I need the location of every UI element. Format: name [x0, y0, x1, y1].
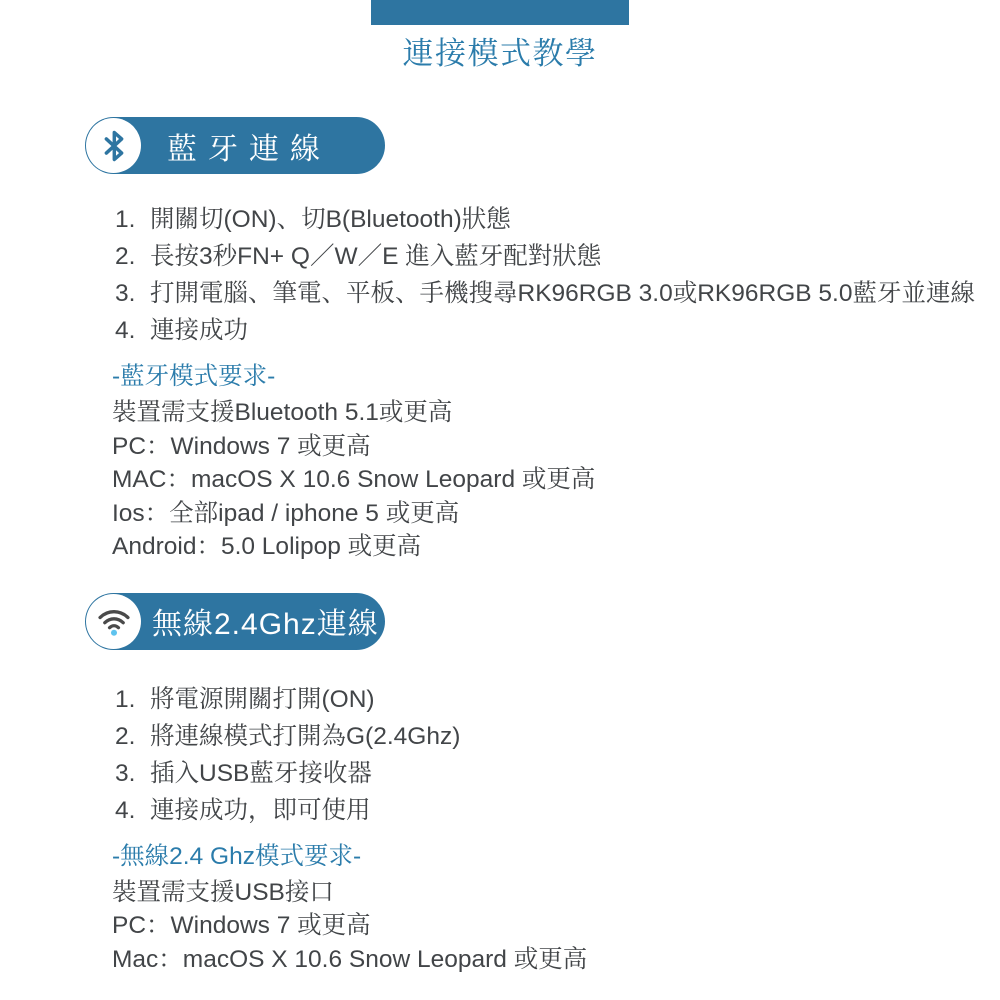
- step-number: 1.: [115, 681, 150, 718]
- step-text: 插入USB藍牙接收器: [150, 755, 372, 792]
- step-text: 連接成功: [150, 312, 248, 349]
- requirements-heading: -藍牙模式要求-: [112, 361, 1000, 393]
- requirements-heading: -無線2.4 Ghz模式要求-: [112, 841, 1000, 873]
- requirement-line: Mac：macOS X 10.6 Snow Leopard 或更高: [112, 943, 1000, 977]
- step-number: 3.: [115, 275, 150, 312]
- bluetooth-steps: 1. 開關切(ON)、切B(Bluetooth)狀態 2. 長按3秒FN+ Q／…: [115, 201, 1000, 349]
- step-number: 4.: [115, 312, 150, 349]
- step-item: 4. 連接成功，即可使用: [115, 792, 1000, 829]
- step-number: 4.: [115, 792, 150, 829]
- page-title: 連接模式教學: [0, 34, 1000, 74]
- step-text: 長按3秒FN+ Q／W／E 進入藍牙配對狀態: [150, 238, 601, 275]
- wifi-icon: [86, 594, 141, 649]
- section-wireless-2-4ghz: 無線2.4Ghz連線 1. 將電源開關打開(ON) 2. 將連線模式打開為G(2…: [0, 593, 1000, 977]
- step-item: 2. 將連線模式打開為G(2.4Ghz): [115, 718, 1000, 755]
- step-number: 2.: [115, 238, 150, 275]
- step-text: 將電源開關打開(ON): [150, 681, 375, 718]
- step-text: 打開電腦、筆電、平板、手機搜尋RK96RGB 3.0或RK96RGB 5.0藍牙…: [150, 275, 975, 312]
- step-number: 2.: [115, 718, 150, 755]
- step-text: 開關切(ON)、切B(Bluetooth)狀態: [150, 201, 511, 238]
- step-item: 2. 長按3秒FN+ Q／W／E 進入藍牙配對狀態: [115, 238, 1000, 275]
- wireless-steps: 1. 將電源開關打開(ON) 2. 將連線模式打開為G(2.4Ghz) 3. 插…: [115, 681, 1000, 829]
- requirement-line: MAC：macOS X 10.6 Snow Leopard 或更高: [112, 463, 1000, 497]
- step-text: 連接成功，即可使用: [150, 792, 371, 829]
- bluetooth-icon: [86, 118, 141, 173]
- section-bluetooth: 藍牙連線 1. 開關切(ON)、切B(Bluetooth)狀態 2. 長按3秒F…: [0, 117, 1000, 564]
- requirement-line: PC：Windows 7 或更高: [112, 430, 1000, 464]
- step-number: 3.: [115, 755, 150, 792]
- header-bar: [371, 0, 629, 25]
- step-number: 1.: [115, 201, 150, 238]
- requirement-line: Ios：全部ipad / iphone 5 或更高: [112, 497, 1000, 531]
- step-item: 1. 將電源開關打開(ON): [115, 681, 1000, 718]
- step-item: 3. 打開電腦、筆電、平板、手機搜尋RK96RGB 3.0或RK96RGB 5.…: [115, 275, 1000, 312]
- requirement-line: PC：Windows 7 或更高: [112, 909, 1000, 943]
- requirement-line: 裝置需支援Bluetooth 5.1或更高: [112, 396, 1000, 430]
- requirement-line: 裝置需支援USB接口: [112, 876, 1000, 910]
- step-item: 3. 插入USB藍牙接收器: [115, 755, 1000, 792]
- requirement-line: Android：5.0 Lolipop 或更高: [112, 530, 1000, 564]
- badge-label: 無線2.4Ghz連線: [152, 599, 379, 643]
- step-text: 將連線模式打開為G(2.4Ghz): [150, 718, 460, 755]
- bluetooth-badge: 藍牙連線: [85, 117, 385, 174]
- step-item: 1. 開關切(ON)、切B(Bluetooth)狀態: [115, 201, 1000, 238]
- step-item: 4. 連接成功: [115, 312, 1000, 349]
- badge-label: 藍牙連線: [167, 124, 331, 168]
- wireless-badge: 無線2.4Ghz連線: [85, 593, 385, 650]
